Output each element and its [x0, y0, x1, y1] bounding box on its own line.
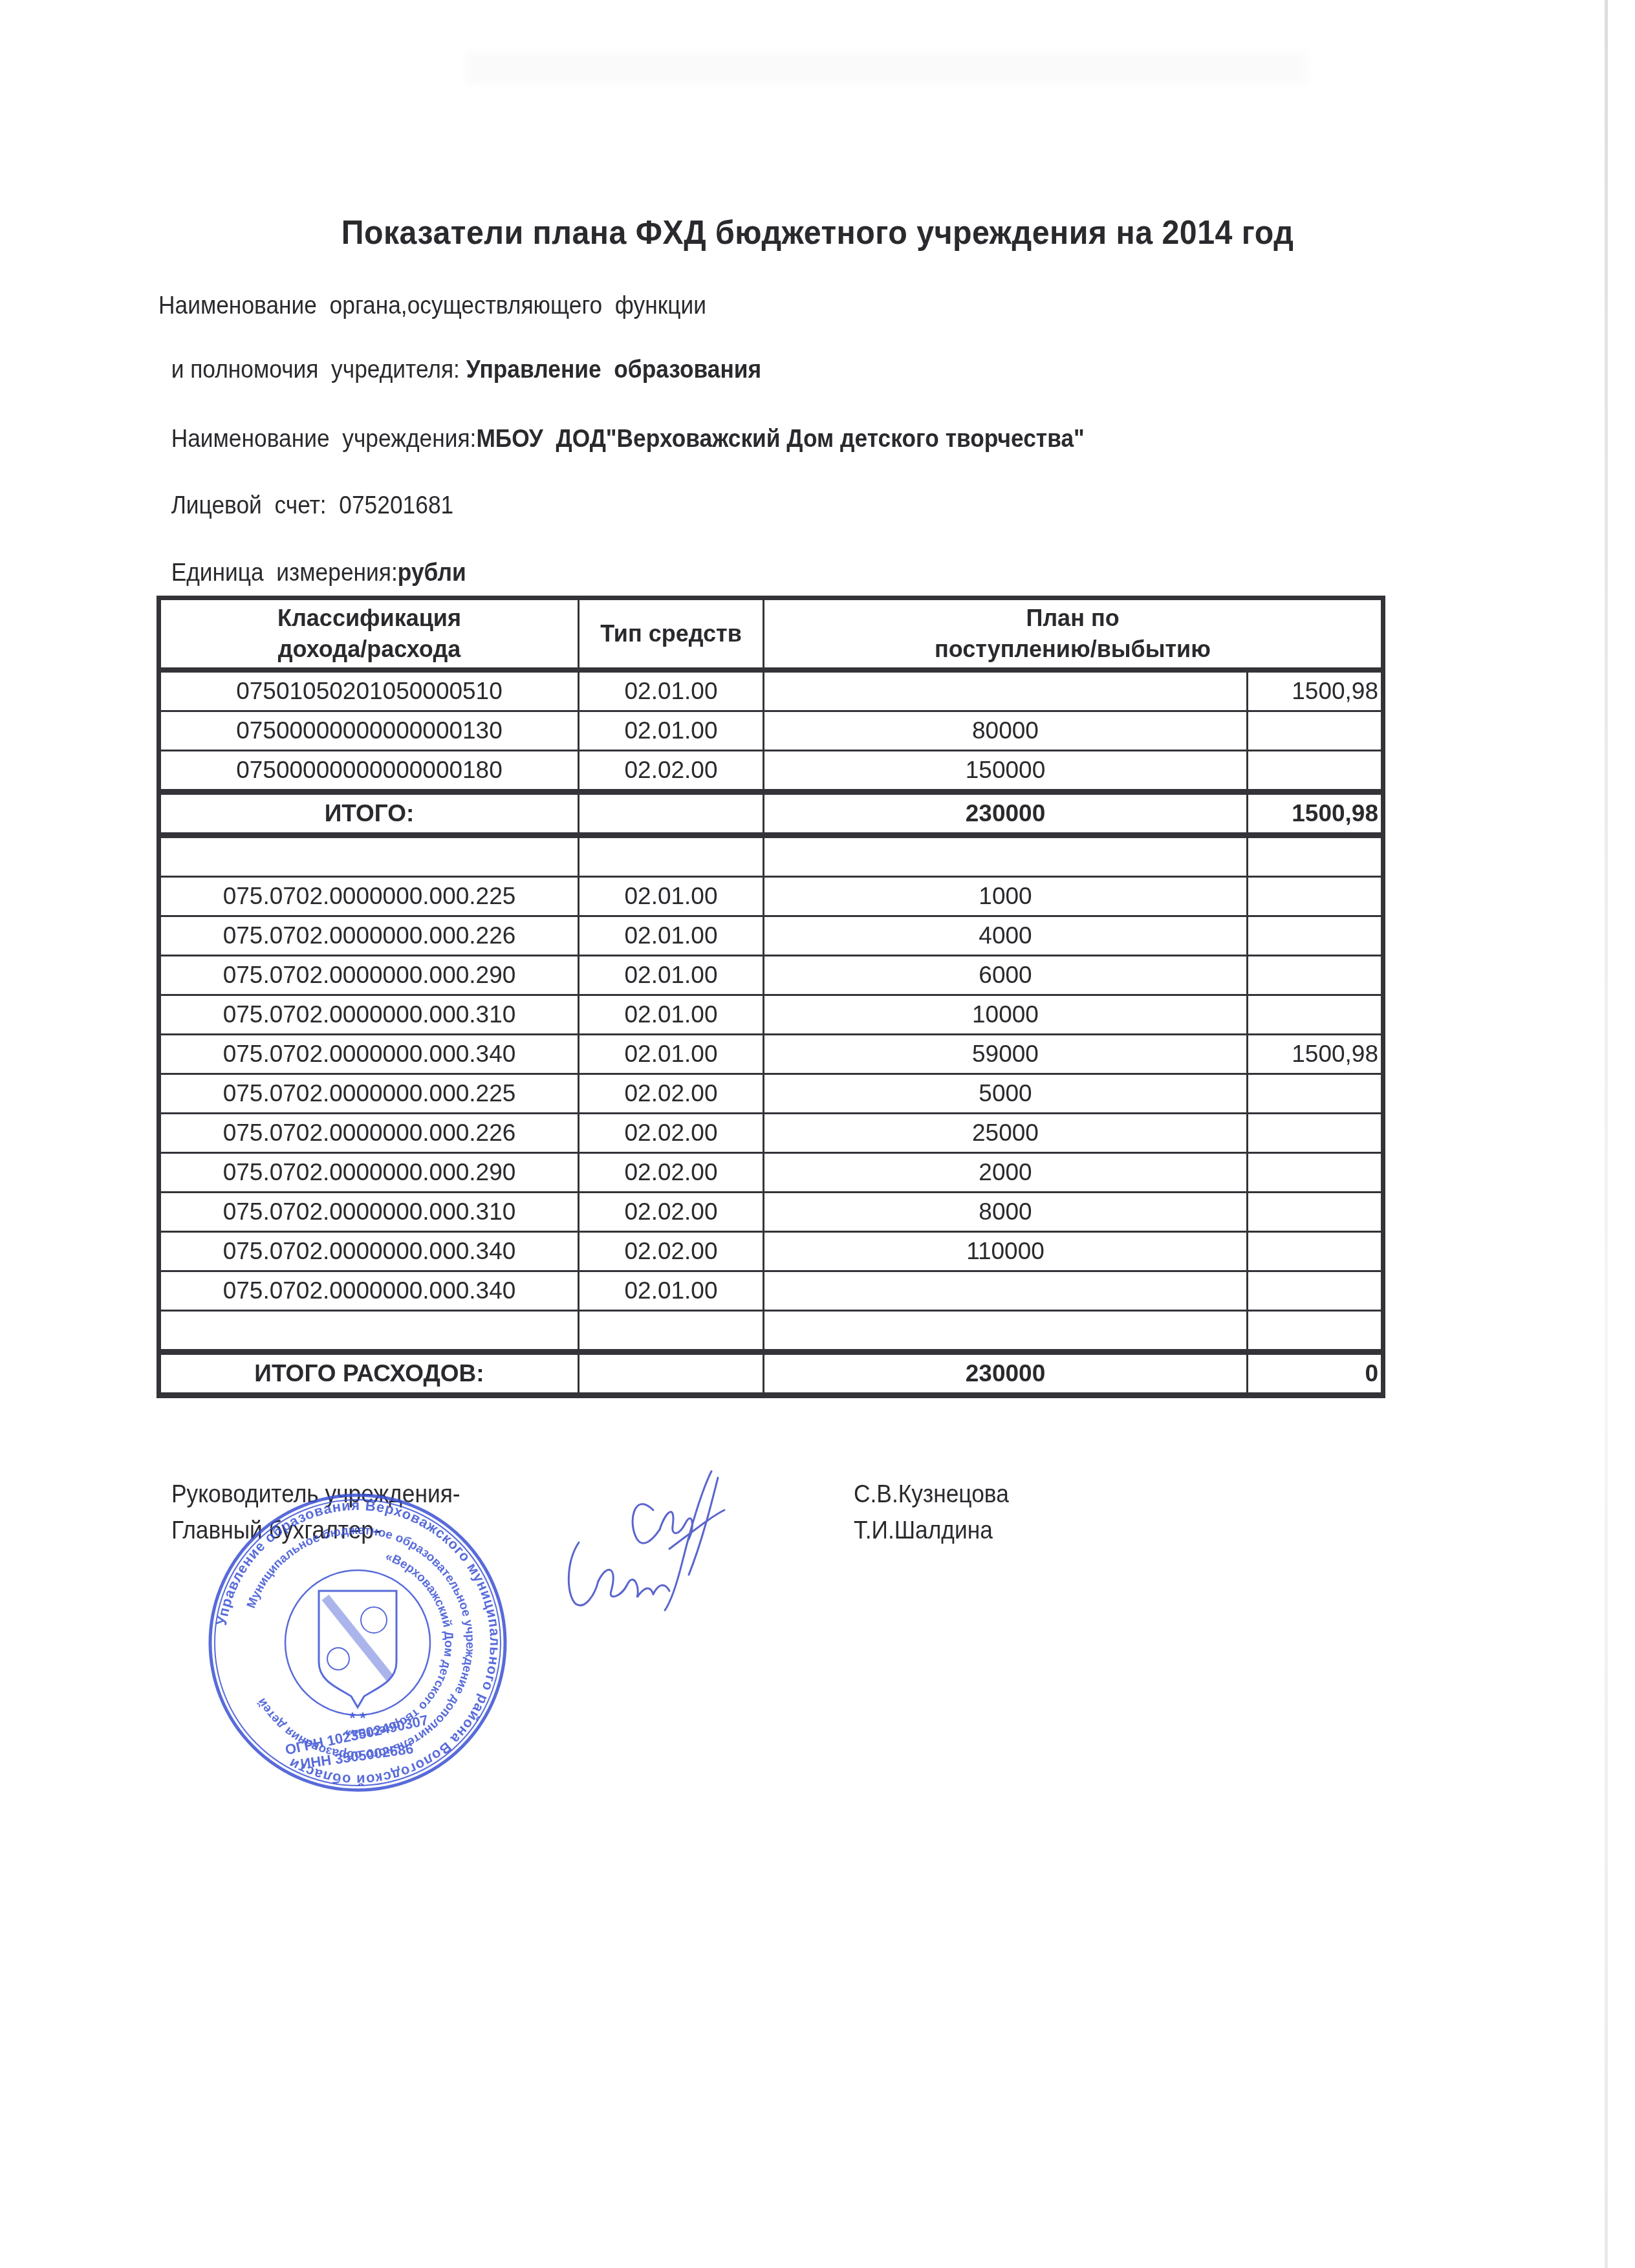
- scan-bleed-through: [466, 52, 1306, 84]
- plan-cell: [764, 836, 1248, 877]
- founder-value: Управление образования: [466, 356, 761, 383]
- account-value: 075201681: [339, 492, 453, 519]
- extra-cell: [1248, 1153, 1383, 1193]
- extra-cell: [1248, 751, 1383, 792]
- table-row: 075.0702.0000000.000.34002.02.00110000: [159, 1232, 1383, 1271]
- header-classification: Классификация дохода/расхода: [159, 598, 579, 671]
- table-row: 075.0702.0000000.000.29002.02.002000: [159, 1153, 1383, 1193]
- official-seal-icon: Управление образования Верховажского мун…: [206, 1491, 510, 1795]
- classification-cell: ИТОГО РАСХОДОВ:: [159, 1352, 579, 1396]
- plan-cell: 8000: [764, 1193, 1248, 1232]
- fund-type-cell: [579, 1311, 764, 1352]
- extra-cell: 0: [1248, 1352, 1383, 1396]
- founder-line: и полномочия учредителя: Управление обра…: [158, 329, 761, 384]
- plan-cell: [764, 1311, 1248, 1352]
- fund-type-cell: 02.02.00: [579, 1074, 764, 1114]
- institution-value: МБОУ ДОД"Верховажский Дом детского творч…: [476, 426, 1084, 453]
- table-row: 0750105020105000051002.01.001500,98: [159, 670, 1383, 711]
- plan-cell: 4000: [764, 916, 1248, 956]
- extra-cell: [1248, 1271, 1383, 1311]
- table-total-row: ИТОГО:2300001500,98: [159, 792, 1383, 836]
- classification-cell: 075.0702.0000000.000.310: [159, 995, 579, 1035]
- extra-cell: [1248, 1311, 1383, 1352]
- table-row: 075.0702.0000000.000.22502.02.005000: [159, 1074, 1383, 1114]
- fund-type-cell: [579, 1352, 764, 1396]
- classification-cell: 075.0702.0000000.000.340: [159, 1232, 579, 1271]
- extra-cell: [1248, 1114, 1383, 1153]
- plan-cell: 1000: [764, 877, 1248, 916]
- classification-cell: 075.0702.0000000.000.225: [159, 1074, 579, 1114]
- unit-label: Единица измерения:: [171, 559, 398, 587]
- fund-type-cell: 02.01.00: [579, 670, 764, 711]
- table-body: 0750105020105000051002.01.001500,9807500…: [159, 670, 1383, 1396]
- classification-cell: 075.0702.0000000.000.226: [159, 916, 579, 956]
- classification-cell: 075.0702.0000000.000.226: [159, 1114, 579, 1153]
- fund-type-cell: 02.01.00: [579, 711, 764, 751]
- plan-cell: [764, 1271, 1248, 1311]
- plan-cell: 80000: [764, 711, 1248, 751]
- classification-cell: 075.0702.0000000.000.310: [159, 1193, 579, 1232]
- classification-cell: 075.0702.0000000.000.340: [159, 1035, 579, 1074]
- plan-cell: 10000: [764, 995, 1248, 1035]
- classification-cell: [159, 836, 579, 877]
- classification-cell: [159, 1311, 579, 1352]
- extra-cell: [1248, 1232, 1383, 1271]
- extra-cell: [1248, 1074, 1383, 1114]
- account-line: Лицевой счет: 075201681: [158, 464, 453, 520]
- extra-cell: [1248, 836, 1383, 877]
- accountant-name: Т.И.Шалдина: [854, 1517, 993, 1545]
- extra-cell: 1500,98: [1248, 670, 1383, 711]
- header-plan: План по поступлению/выбытию: [764, 598, 1383, 671]
- fund-type-cell: 02.01.00: [579, 1035, 764, 1074]
- fund-type-cell: 02.02.00: [579, 1232, 764, 1271]
- classification-cell: ИТОГО:: [159, 792, 579, 836]
- classification-cell: 075.0702.0000000.000.340: [159, 1271, 579, 1311]
- classification-cell: 07500000000000000130: [159, 711, 579, 751]
- classification-cell: 07500000000000000180: [159, 751, 579, 792]
- fund-type-cell: 02.01.00: [579, 916, 764, 956]
- plan-cell: 110000: [764, 1232, 1248, 1271]
- table-row: 075.0702.0000000.000.31002.01.0010000: [159, 995, 1383, 1035]
- extra-cell: 1500,98: [1248, 792, 1383, 836]
- classification-cell: 075.0702.0000000.000.225: [159, 877, 579, 916]
- plan-cell: 5000: [764, 1074, 1248, 1114]
- fund-type-cell: 02.01.00: [579, 956, 764, 995]
- table-row: 075.0702.0000000.000.22602.02.0025000: [159, 1114, 1383, 1153]
- fund-type-cell: 02.02.00: [579, 751, 764, 792]
- fund-type-cell: 02.01.00: [579, 1271, 764, 1311]
- plan-cell: 25000: [764, 1114, 1248, 1153]
- table-row: 075.0702.0000000.000.34002.01.0059000150…: [159, 1035, 1383, 1074]
- header-fund-type: Тип средств: [579, 598, 764, 671]
- table-row: 075.0702.0000000.000.34002.01.00: [159, 1271, 1383, 1311]
- scan-edge-artifact: [1605, 0, 1608, 2268]
- table-row: 075.0702.0000000.000.31002.02.008000: [159, 1193, 1383, 1232]
- financial-plan-table: Классификация дохода/расхода Тип средств…: [157, 596, 1385, 1398]
- table-row: 0750000000000000018002.02.00150000: [159, 751, 1383, 792]
- extra-cell: [1248, 1193, 1383, 1232]
- table-row: 075.0702.0000000.000.29002.01.006000: [159, 956, 1383, 995]
- table-row: 0750000000000000013002.01.0080000: [159, 711, 1383, 751]
- document-title: Показатели плана ФХД бюджетного учрежден…: [57, 213, 1577, 252]
- fund-type-cell: [579, 836, 764, 877]
- fund-type-cell: [579, 792, 764, 836]
- fund-type-cell: 02.02.00: [579, 1153, 764, 1193]
- table-row: [159, 836, 1383, 877]
- extra-cell: [1248, 711, 1383, 751]
- head-name: С.В.Кузнецова: [854, 1481, 1009, 1509]
- founder-label-line1: Наименование органа,осуществляющего функ…: [158, 292, 706, 320]
- fund-type-cell: 02.01.00: [579, 877, 764, 916]
- plan-cell: 2000: [764, 1153, 1248, 1193]
- classification-cell: 075.0702.0000000.000.290: [159, 1153, 579, 1193]
- table-row: 075.0702.0000000.000.22502.01.001000: [159, 877, 1383, 916]
- handwritten-signature-icon: [556, 1465, 802, 1614]
- plan-cell: 59000: [764, 1035, 1248, 1074]
- plan-cell: 150000: [764, 751, 1248, 792]
- extra-cell: [1248, 877, 1383, 916]
- institution-line: Наименование учреждения:МБОУ ДОД"Верхова…: [158, 398, 1085, 453]
- plan-cell: 230000: [764, 1352, 1248, 1396]
- fund-type-cell: 02.02.00: [579, 1193, 764, 1232]
- extra-cell: [1248, 956, 1383, 995]
- account-label: Лицевой счет:: [171, 492, 340, 519]
- institution-label: Наименование учреждения:: [171, 426, 477, 453]
- table-row: [159, 1311, 1383, 1352]
- fund-type-cell: 02.01.00: [579, 995, 764, 1035]
- extra-cell: 1500,98: [1248, 1035, 1383, 1074]
- classification-cell: 07501050201050000510: [159, 670, 579, 711]
- unit-line: Единица измерения:рубли: [158, 532, 466, 587]
- unit-value: рубли: [398, 559, 466, 587]
- plan-cell: 230000: [764, 792, 1248, 836]
- fund-type-cell: 02.02.00: [579, 1114, 764, 1153]
- plan-cell: [764, 670, 1248, 711]
- svg-text:* *: * *: [349, 1710, 366, 1727]
- table-row: 075.0702.0000000.000.22602.01.004000: [159, 916, 1383, 956]
- extra-cell: [1248, 916, 1383, 956]
- plan-cell: 6000: [764, 956, 1248, 995]
- founder-label-line2: и полномочия учредителя:: [171, 356, 466, 383]
- extra-cell: [1248, 995, 1383, 1035]
- classification-cell: 075.0702.0000000.000.290: [159, 956, 579, 995]
- table-total-row: ИТОГО РАСХОДОВ:2300000: [159, 1352, 1383, 1396]
- table-header-row: Классификация дохода/расхода Тип средств…: [159, 598, 1383, 671]
